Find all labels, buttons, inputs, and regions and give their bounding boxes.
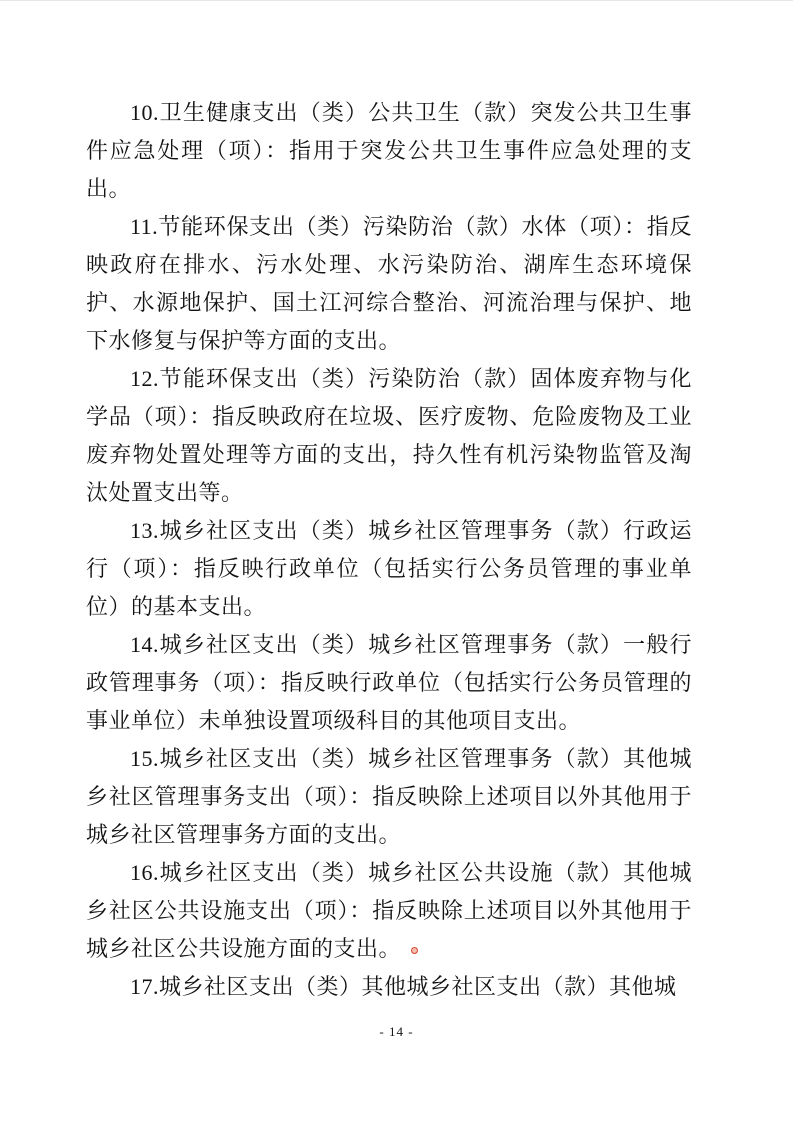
- paragraph-13-text: 13.城乡社区支出（类）城乡社区管理事务（款）行政运行（项）：指反映行政单位（包…: [86, 518, 692, 619]
- paragraph-15: 15.城乡社区支出（类）城乡社区管理事务（款）其他城乡社区管理事务支出（项）：指…: [86, 740, 692, 854]
- paragraph-13: 13.城乡社区支出（类）城乡社区管理事务（款）行政运行（项）：指反映行政单位（包…: [86, 512, 692, 626]
- paragraph-17-text: 17.城乡社区支出（类）其他城乡社区支出（款）其他城: [130, 974, 677, 999]
- paragraph-11-text: 11.节能环保支出（类）污染防治（款）水体（项）：指反映政府在排水、污水处理、水…: [86, 214, 692, 353]
- paragraph-12: 12.节能环保支出（类）污染防治（款）固体废弃物与化学品（项）：指反映政府在垃圾…: [86, 360, 692, 512]
- document-page: { "document": { "background_color": "#ff…: [0, 0, 793, 1123]
- red-annotation-dot-icon: [411, 947, 418, 954]
- paragraph-11: 11.节能环保支出（类）污染防治（款）水体（项）：指反映政府在排水、污水处理、水…: [86, 208, 692, 360]
- paragraph-16-text: 16.城乡社区支出（类）城乡社区公共设施（款）其他城乡社区公共设施支出（项）：指…: [86, 860, 692, 961]
- paragraph-16: 16.城乡社区支出（类）城乡社区公共设施（款）其他城乡社区公共设施支出（项）：指…: [86, 854, 692, 968]
- paragraph-10-text: 10.卫生健康支出（类）公共卫生（款）突发公共卫生事件应急处理（项）：指用于突发…: [86, 100, 692, 201]
- paragraph-12-text: 12.节能环保支出（类）污染防治（款）固体废弃物与化学品（项）：指反映政府在垃圾…: [86, 366, 692, 505]
- paragraph-10: 10.卫生健康支出（类）公共卫生（款）突发公共卫生事件应急处理（项）：指用于突发…: [86, 94, 692, 208]
- page-background: 10.卫生健康支出（类）公共卫生（款）突发公共卫生事件应急处理（项）：指用于突发…: [0, 1, 793, 1123]
- document-body-text: 10.卫生健康支出（类）公共卫生（款）突发公共卫生事件应急处理（项）：指用于突发…: [86, 94, 692, 1006]
- paragraph-14: 14.城乡社区支出（类）城乡社区管理事务（款）一般行政管理事务（项）：指反映行政…: [86, 626, 692, 740]
- paragraph-17: 17.城乡社区支出（类）其他城乡社区支出（款）其他城: [86, 968, 692, 1006]
- paragraph-15-text: 15.城乡社区支出（类）城乡社区管理事务（款）其他城乡社区管理事务支出（项）：指…: [86, 746, 692, 847]
- page-number: - 14 -: [0, 1024, 793, 1040]
- paragraph-14-text: 14.城乡社区支出（类）城乡社区管理事务（款）一般行政管理事务（项）：指反映行政…: [86, 632, 692, 733]
